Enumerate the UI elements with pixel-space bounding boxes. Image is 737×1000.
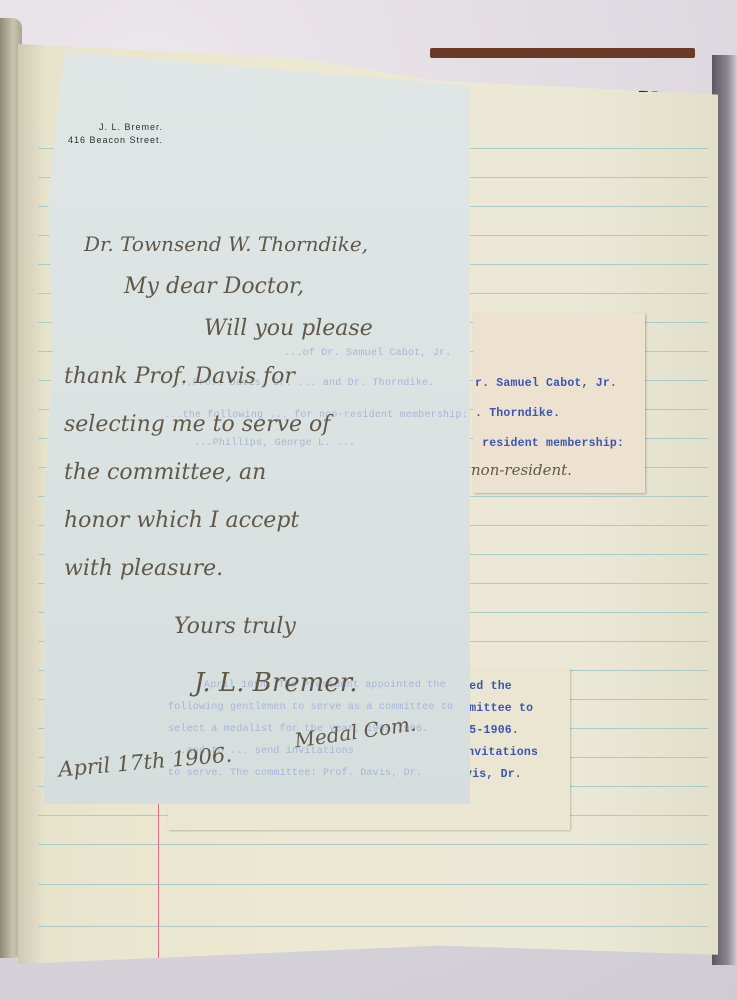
typed-line: invitations xyxy=(460,746,538,759)
letter-closing: Yours truly xyxy=(174,614,296,639)
letter-annotation: Medal Com. xyxy=(293,712,418,753)
show-through-text: to serve. The committee: Prof. Davis, Dr… xyxy=(168,768,422,779)
handwritten-note: non-resident. xyxy=(471,461,572,479)
typed-line: . Thorndike. xyxy=(475,407,560,420)
letter-body-line: selecting me to serve of xyxy=(64,412,330,437)
letterhead-name: J. L. Bremer. xyxy=(68,121,163,134)
typed-line: resident membership: xyxy=(475,437,624,450)
letter-signature: J. L. Bremer. xyxy=(194,668,358,698)
letter-recipient: Dr. Townsend W. Thorndike, xyxy=(84,232,368,256)
show-through-text: ...of Dr. Samuel Cabot, Jr. xyxy=(284,348,451,359)
show-through-text: ...Phillips, George L. ... xyxy=(194,438,355,449)
ledger-rule xyxy=(38,884,708,885)
letter-body-line: honor which I accept xyxy=(64,508,299,533)
letter-body-line: thank Prof. Davis for xyxy=(64,364,295,389)
ledger-rule xyxy=(38,844,708,845)
typed-line: r. Samuel Cabot, Jr. xyxy=(475,377,617,390)
letter-greeting: My dear Doctor, xyxy=(124,274,304,299)
handwritten-letter: ...of Dr. Samuel Cabot, Jr. ...Prof. Dav… xyxy=(44,52,470,804)
letter-body-line: the committee, an xyxy=(64,460,266,485)
letterhead: J. L. Bremer. 416 Beacon Street. xyxy=(68,121,163,147)
book-cover-edge xyxy=(430,48,695,58)
typed-clipping-top: Minutes of Council Meeting r. Samuel Cab… xyxy=(473,313,645,493)
ledger-rule xyxy=(38,926,708,927)
letter-body-line: Will you please xyxy=(204,316,373,341)
letter-body-line: with pleasure. xyxy=(64,556,223,581)
letterhead-address: 416 Beacon Street. xyxy=(68,134,163,147)
